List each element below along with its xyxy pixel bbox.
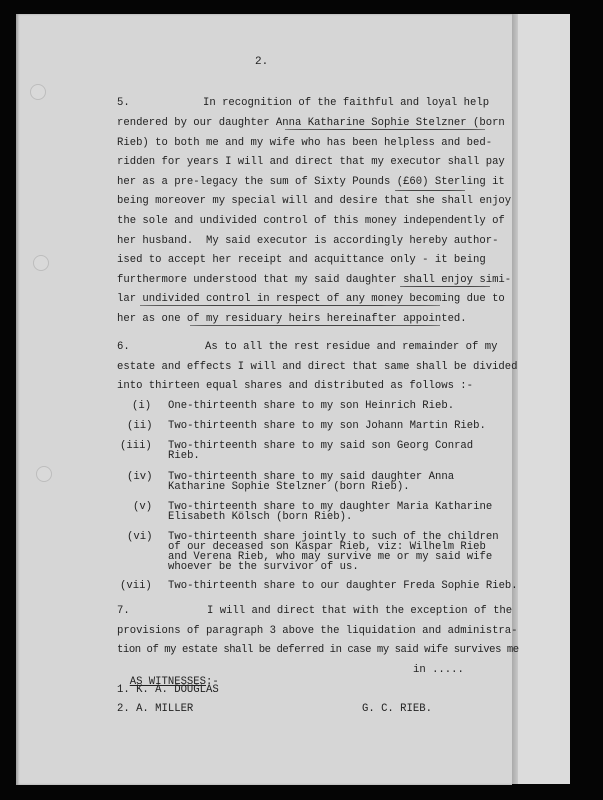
handwritten-underline [285, 129, 485, 130]
list-item: Two-thirteenth share to our daughter Fre… [168, 580, 518, 592]
list-label: (iii) [120, 440, 152, 452]
paragraph-5-line: her as a pre-legacy the sum of Sixty Pou… [117, 176, 505, 188]
underlying-page [512, 14, 570, 784]
paragraph-7-continuation: in ..... [413, 664, 464, 676]
list-item: Two-thirteenth share to my son Johann Ma… [168, 420, 486, 432]
paragraph-6-line: estate and effects I will and direct tha… [117, 361, 518, 373]
paragraph-7-line: tion of my estate shall be deferred in c… [117, 644, 519, 656]
paragraph-6-line: As to all the rest residue and remainder… [205, 341, 497, 353]
paragraph-5-line: ised to accept her receipt and acquittan… [117, 254, 486, 266]
handwritten-underline [400, 286, 490, 287]
list-label: (ii) [127, 420, 152, 432]
paragraph-5-line: being moreover my special will and desir… [117, 195, 511, 207]
paragraph-number: 6. [117, 341, 130, 353]
list-item: One-thirteenth share to my son Heinrich … [168, 400, 454, 412]
list-label: (vii) [120, 580, 152, 592]
witness-name: 2. A. MILLER [117, 703, 193, 715]
paragraph-5-line: furthermore understood that my said daug… [117, 274, 511, 286]
paragraph-5-line: rendered by our daughter Anna Katharine … [117, 117, 505, 129]
testator-signature: G. C. RIEB. [362, 703, 432, 715]
list-label: (vi) [127, 531, 152, 543]
paragraph-5-line: In recognition of the faithful and loyal… [203, 97, 489, 109]
list-item: Katharine Sophie Stelzner (born Rieb). [168, 481, 410, 493]
punch-hole-icon [36, 466, 52, 482]
paragraph-7-line: I will and direct that with the exceptio… [207, 605, 512, 617]
list-label: (iv) [127, 471, 152, 483]
list-item: Elisabeth Kölsch (born Rieb). [168, 511, 352, 523]
punch-hole-icon [30, 84, 46, 100]
page-number: 2. [255, 56, 268, 68]
handwritten-underline [190, 325, 440, 326]
paragraph-5-line: lar undivided control in respect of any … [117, 293, 505, 305]
handwritten-underline [140, 305, 440, 306]
paragraph-5-line: ridden for years I will and direct that … [117, 156, 505, 168]
page-edge-shadow [512, 14, 518, 784]
paragraph-7-line: provisions of paragraph 3 above the liqu… [117, 625, 518, 637]
paragraph-6-line: into thirteen equal shares and distribut… [117, 380, 473, 392]
list-label: (v) [133, 501, 152, 513]
paragraph-5-line: her as one of my residuary heirs hereina… [117, 313, 467, 325]
paragraph-number: 5. [117, 97, 130, 109]
paragraph-number: 7. [117, 605, 130, 617]
handwritten-underline [395, 190, 465, 191]
paragraph-5-line: her husband. My said executor is accordi… [117, 235, 498, 247]
paragraph-5-line: Rieb) to both me and my wife who has bee… [117, 137, 492, 149]
paragraph-5-line: the sole and undivided control of this m… [117, 215, 505, 227]
witness-name: 1. K. A. DOUGLAS [117, 684, 219, 696]
list-item: whoever be the survivor of us. [168, 561, 359, 573]
punch-hole-icon [33, 255, 49, 271]
list-label: (i) [132, 400, 151, 412]
list-item: Rieb. [168, 450, 200, 462]
list-item: Two-thirteenth share to my said son Geor… [168, 440, 473, 452]
